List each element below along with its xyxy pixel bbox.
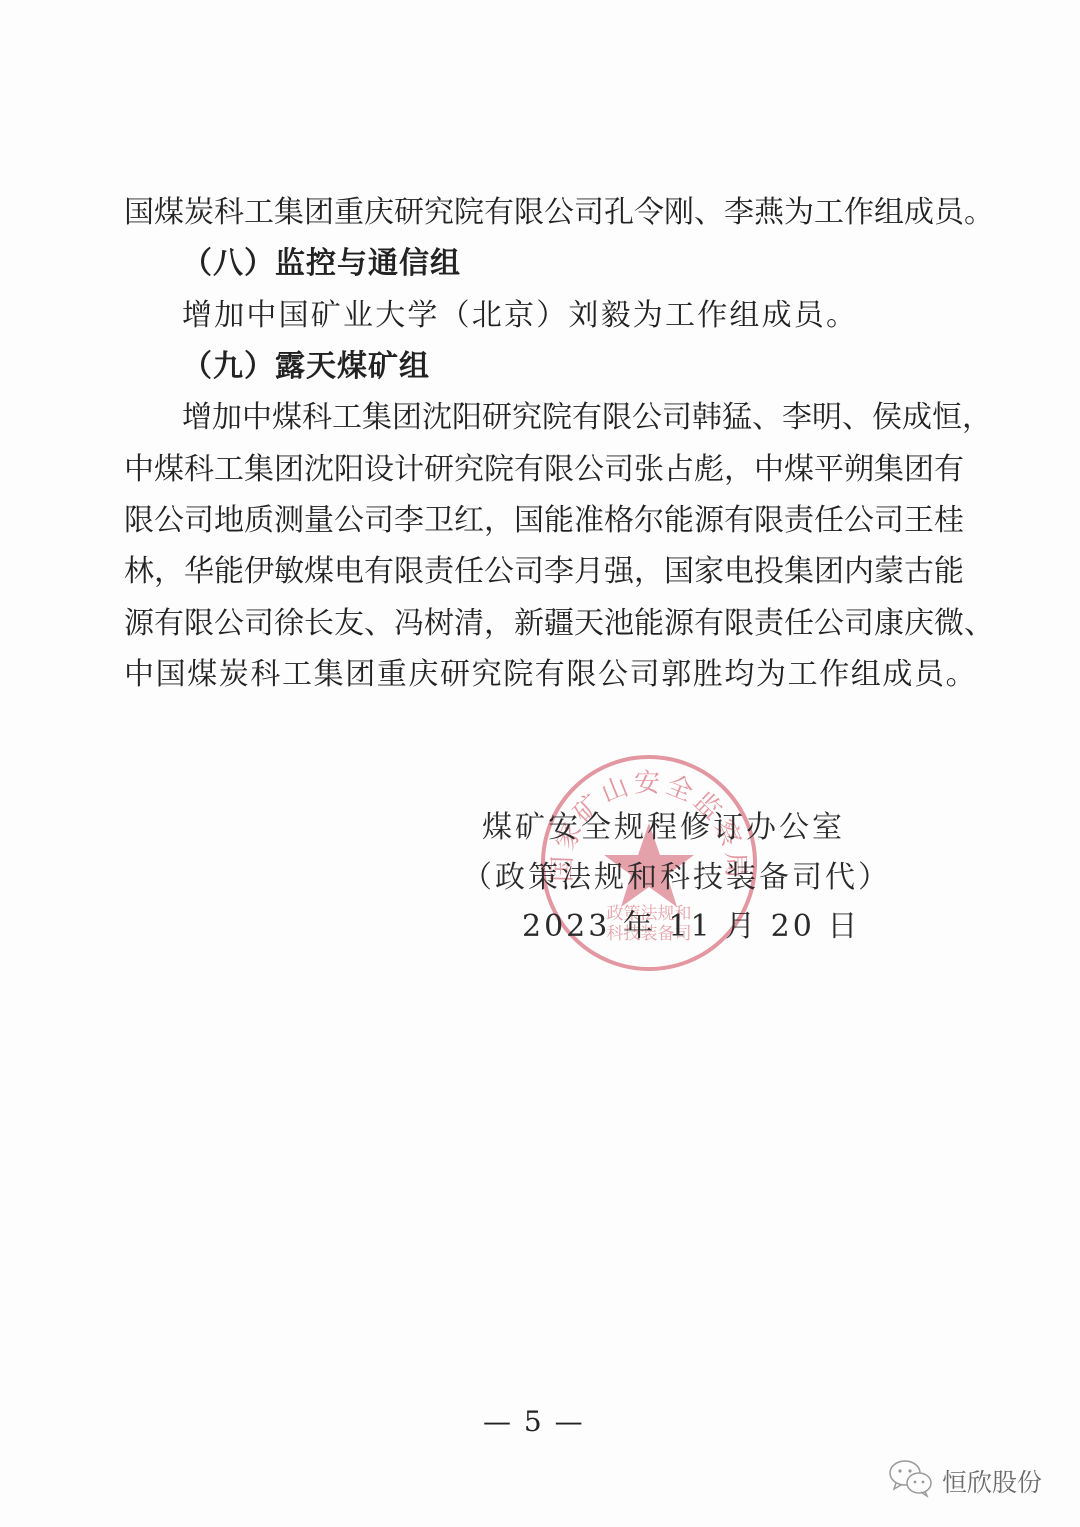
wechat-icon xyxy=(888,1458,934,1504)
document-page: 国煤炭科工集团重庆研究院有限公司孔令刚、李燕为工作组成员。 （八）监控与通信组 … xyxy=(0,0,1080,1527)
signature-office: 煤矿安全规程修订办公室 xyxy=(482,808,845,848)
section-heading-open-pit-mine: （九）露天煤矿组 xyxy=(182,347,430,387)
body-line-open-pit-4: 林，华能伊敏煤电有限责任公司李月强，国家电投集团内蒙古能 xyxy=(124,552,956,592)
body-line-continuation: 国煤炭科工集团重庆研究院有限公司孔令刚、李燕为工作组成员。 xyxy=(124,193,956,233)
wechat-watermark: 恒欣股份 xyxy=(888,1458,1042,1504)
body-line-open-pit-3: 限公司地质测量公司李卫红，国能准格尔能源有限责任公司王桂 xyxy=(124,501,956,541)
watermark-label: 恒欣股份 xyxy=(942,1463,1042,1499)
body-line-open-pit-5: 源有限公司徐长友、冯树清，新疆天池能源有限责任公司康庆微、 xyxy=(124,604,956,644)
body-line-monitoring-members: 增加中国矿业大学（北京）刘毅为工作组成员。 xyxy=(182,296,858,336)
page-number: — 5 — xyxy=(483,1405,585,1438)
signature-date: 2023 年 11 月 20 日 xyxy=(522,907,860,947)
body-line-open-pit-2: 中煤科工集团沈阳设计研究院有限公司张占彪，中煤平朔集团有 xyxy=(124,450,956,490)
signature-on-behalf: （政策法规和科技装备司代） xyxy=(462,858,891,898)
section-heading-monitoring-communication: （八）监控与通信组 xyxy=(182,244,461,284)
body-line-open-pit-6: 中国煤炭科工集团重庆研究院有限公司郭胜均为工作组成员。 xyxy=(124,655,977,695)
body-line-open-pit-1: 增加中煤科工集团沈阳研究院有限公司韩猛、李明、侯成恒， xyxy=(182,398,956,438)
